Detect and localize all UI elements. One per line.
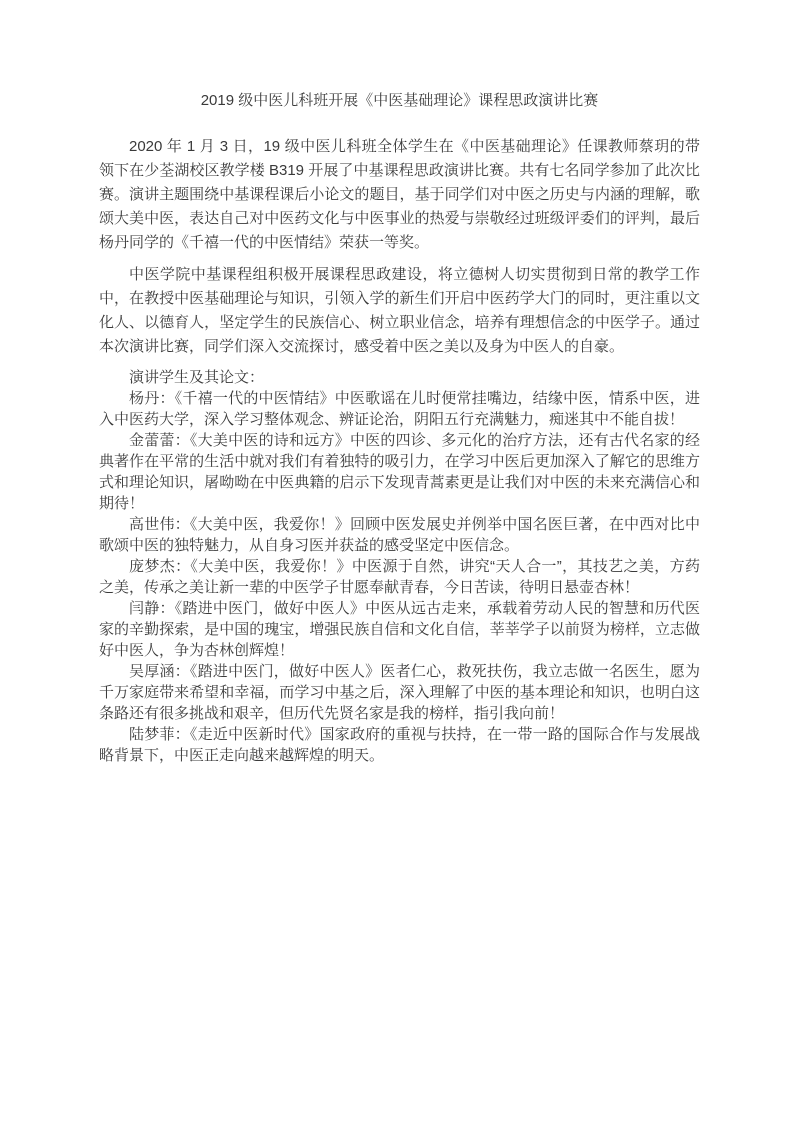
thesis-title: 《大美中医，我爱你！》 bbox=[190, 558, 351, 575]
thesis-title: 《踏进中医门，做好中医人》 bbox=[190, 663, 380, 680]
speaker-item: 陆梦菲：《走近中医新时代》国家政府的重视与扶持，在一带一路的国际合作与发展战略背… bbox=[99, 724, 700, 766]
speaker-item: 闫静：《踏进中医门，做好中医人》中医从远古走来，承载着劳动人民的智慧和历代医家的… bbox=[99, 598, 700, 661]
thesis-title: 《踏进中医门，做好中医人》 bbox=[175, 600, 365, 617]
speaker-name: 高世伟： bbox=[129, 516, 190, 533]
speaker-name: 庞梦杰： bbox=[129, 558, 190, 575]
document-page: 2019 级中医儿科班开展《中医基础理论》课程思政演讲比赛 2020 年 1 月… bbox=[0, 0, 794, 1123]
speaker-name: 吴厚涵： bbox=[129, 663, 190, 680]
speaker-name: 陆梦菲： bbox=[129, 726, 190, 743]
thesis-title: 《千禧一代的中医情结》 bbox=[175, 390, 335, 407]
thesis-title: 《走近中医新时代》 bbox=[190, 726, 320, 743]
thesis-title: 《大美中医的诗和远方》 bbox=[190, 432, 350, 449]
speaker-name: 杨丹： bbox=[129, 390, 175, 407]
speaker-item: 杨丹：《千禧一代的中医情结》中医歌谣在儿时便常挂嘴边，结缘中医，情系中医，进入中… bbox=[99, 388, 700, 430]
speaker-item: 吴厚涵：《踏进中医门，做好中医人》医者仁心，救死扶伤，我立志做一名医生，愿为千万… bbox=[99, 661, 700, 724]
document-title: 2019 级中医儿科班开展《中医基础理论》课程思政演讲比赛 bbox=[99, 88, 700, 113]
speakers-heading: 演讲学生及其论文： bbox=[99, 367, 700, 388]
intro-paragraph-1: 2020 年 1 月 3 日，19 级中医儿科班全体学生在《中医基础理论》任课教… bbox=[99, 135, 700, 255]
speaker-item: 庞梦杰：《大美中医，我爱你！》中医源于自然，讲究“天人合一”，其技艺之美，方药之… bbox=[99, 556, 700, 598]
speaker-item: 高世伟：《大美中医，我爱你！》回顾中医发展史并例举中国名医巨著，在中西对比中歌颂… bbox=[99, 514, 700, 556]
intro-paragraph-2: 中医学院中基课程组积极开展课程思政建设，将立德树人切实贯彻到日常的教学工作中，在… bbox=[99, 263, 700, 359]
speaker-name: 闫静： bbox=[129, 600, 175, 617]
speaker-name: 金蕾蕾： bbox=[129, 432, 190, 449]
speaker-item: 金蕾蕾：《大美中医的诗和远方》中医的四诊、多元化的治疗方法，还有古代名家的经典著… bbox=[99, 430, 700, 514]
thesis-title: 《大美中医，我爱你！》 bbox=[190, 516, 350, 533]
